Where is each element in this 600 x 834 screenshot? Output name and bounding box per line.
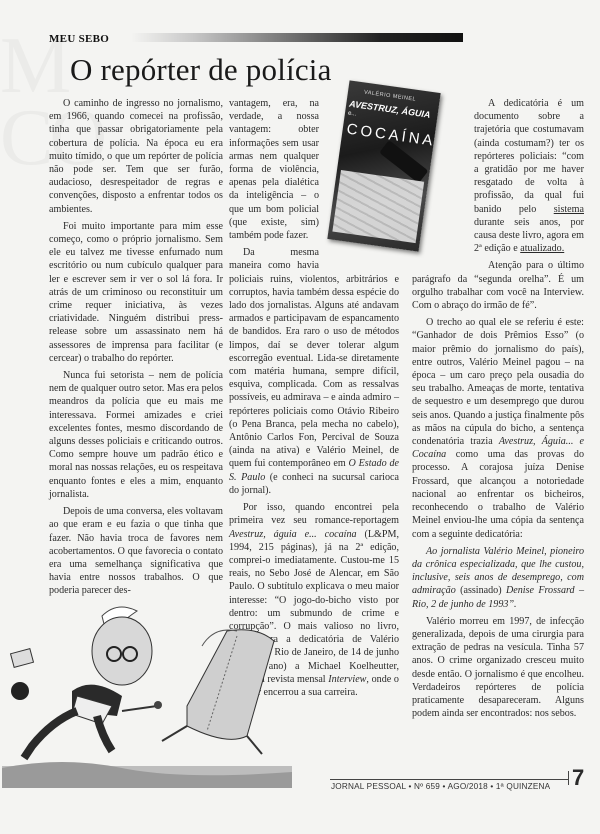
footer-rule-tick	[568, 771, 569, 785]
banknotes-icon	[332, 170, 424, 243]
paragraph: O caminho de ingresso no jornalismo, em …	[49, 97, 223, 216]
paragraph: Ao jornalista Valério Meinel, pioneiro d…	[412, 545, 584, 611]
article-column-3: A dedicatória é um documento sobre a tra…	[412, 97, 584, 720]
book-title: AVESTRUZ, ÁGUIA	[349, 99, 431, 120]
section-kicker: MEU SEBO	[49, 33, 109, 45]
paragraph: Atenção para o último parágrafo da “segu…	[412, 259, 584, 312]
section-gradient-bar	[131, 33, 463, 42]
page-number: 7	[572, 765, 584, 791]
article-headline: O repórter de polícia	[70, 52, 332, 88]
paragraph: Foi muito importante para mim esse começ…	[49, 220, 223, 365]
footer-rule	[330, 779, 568, 780]
paragraph: O trecho ao qual ele se referiu é este: …	[412, 316, 584, 540]
caricature-illustration	[2, 596, 292, 796]
article-column-1: O caminho de ingresso no jornalismo, em …	[49, 97, 223, 598]
book-title: e...	[348, 111, 357, 118]
publication-footer: JORNAL PESSOAL • Nº 659 • AGO/2018 • 1ª …	[331, 782, 550, 791]
paragraph: Depois de uma conversa, eles voltavam ao…	[49, 505, 223, 597]
paragraph: Nunca fui setorista – nem de polícia nem…	[49, 369, 223, 501]
paragraph: Da mesma maneira como havia policiais ru…	[229, 246, 399, 497]
newspaper-page: MCO MEU SEBO O repórter de polícia O cam…	[0, 0, 600, 834]
paragraph: Valério morreu em 1997, de infecção gene…	[412, 615, 584, 721]
